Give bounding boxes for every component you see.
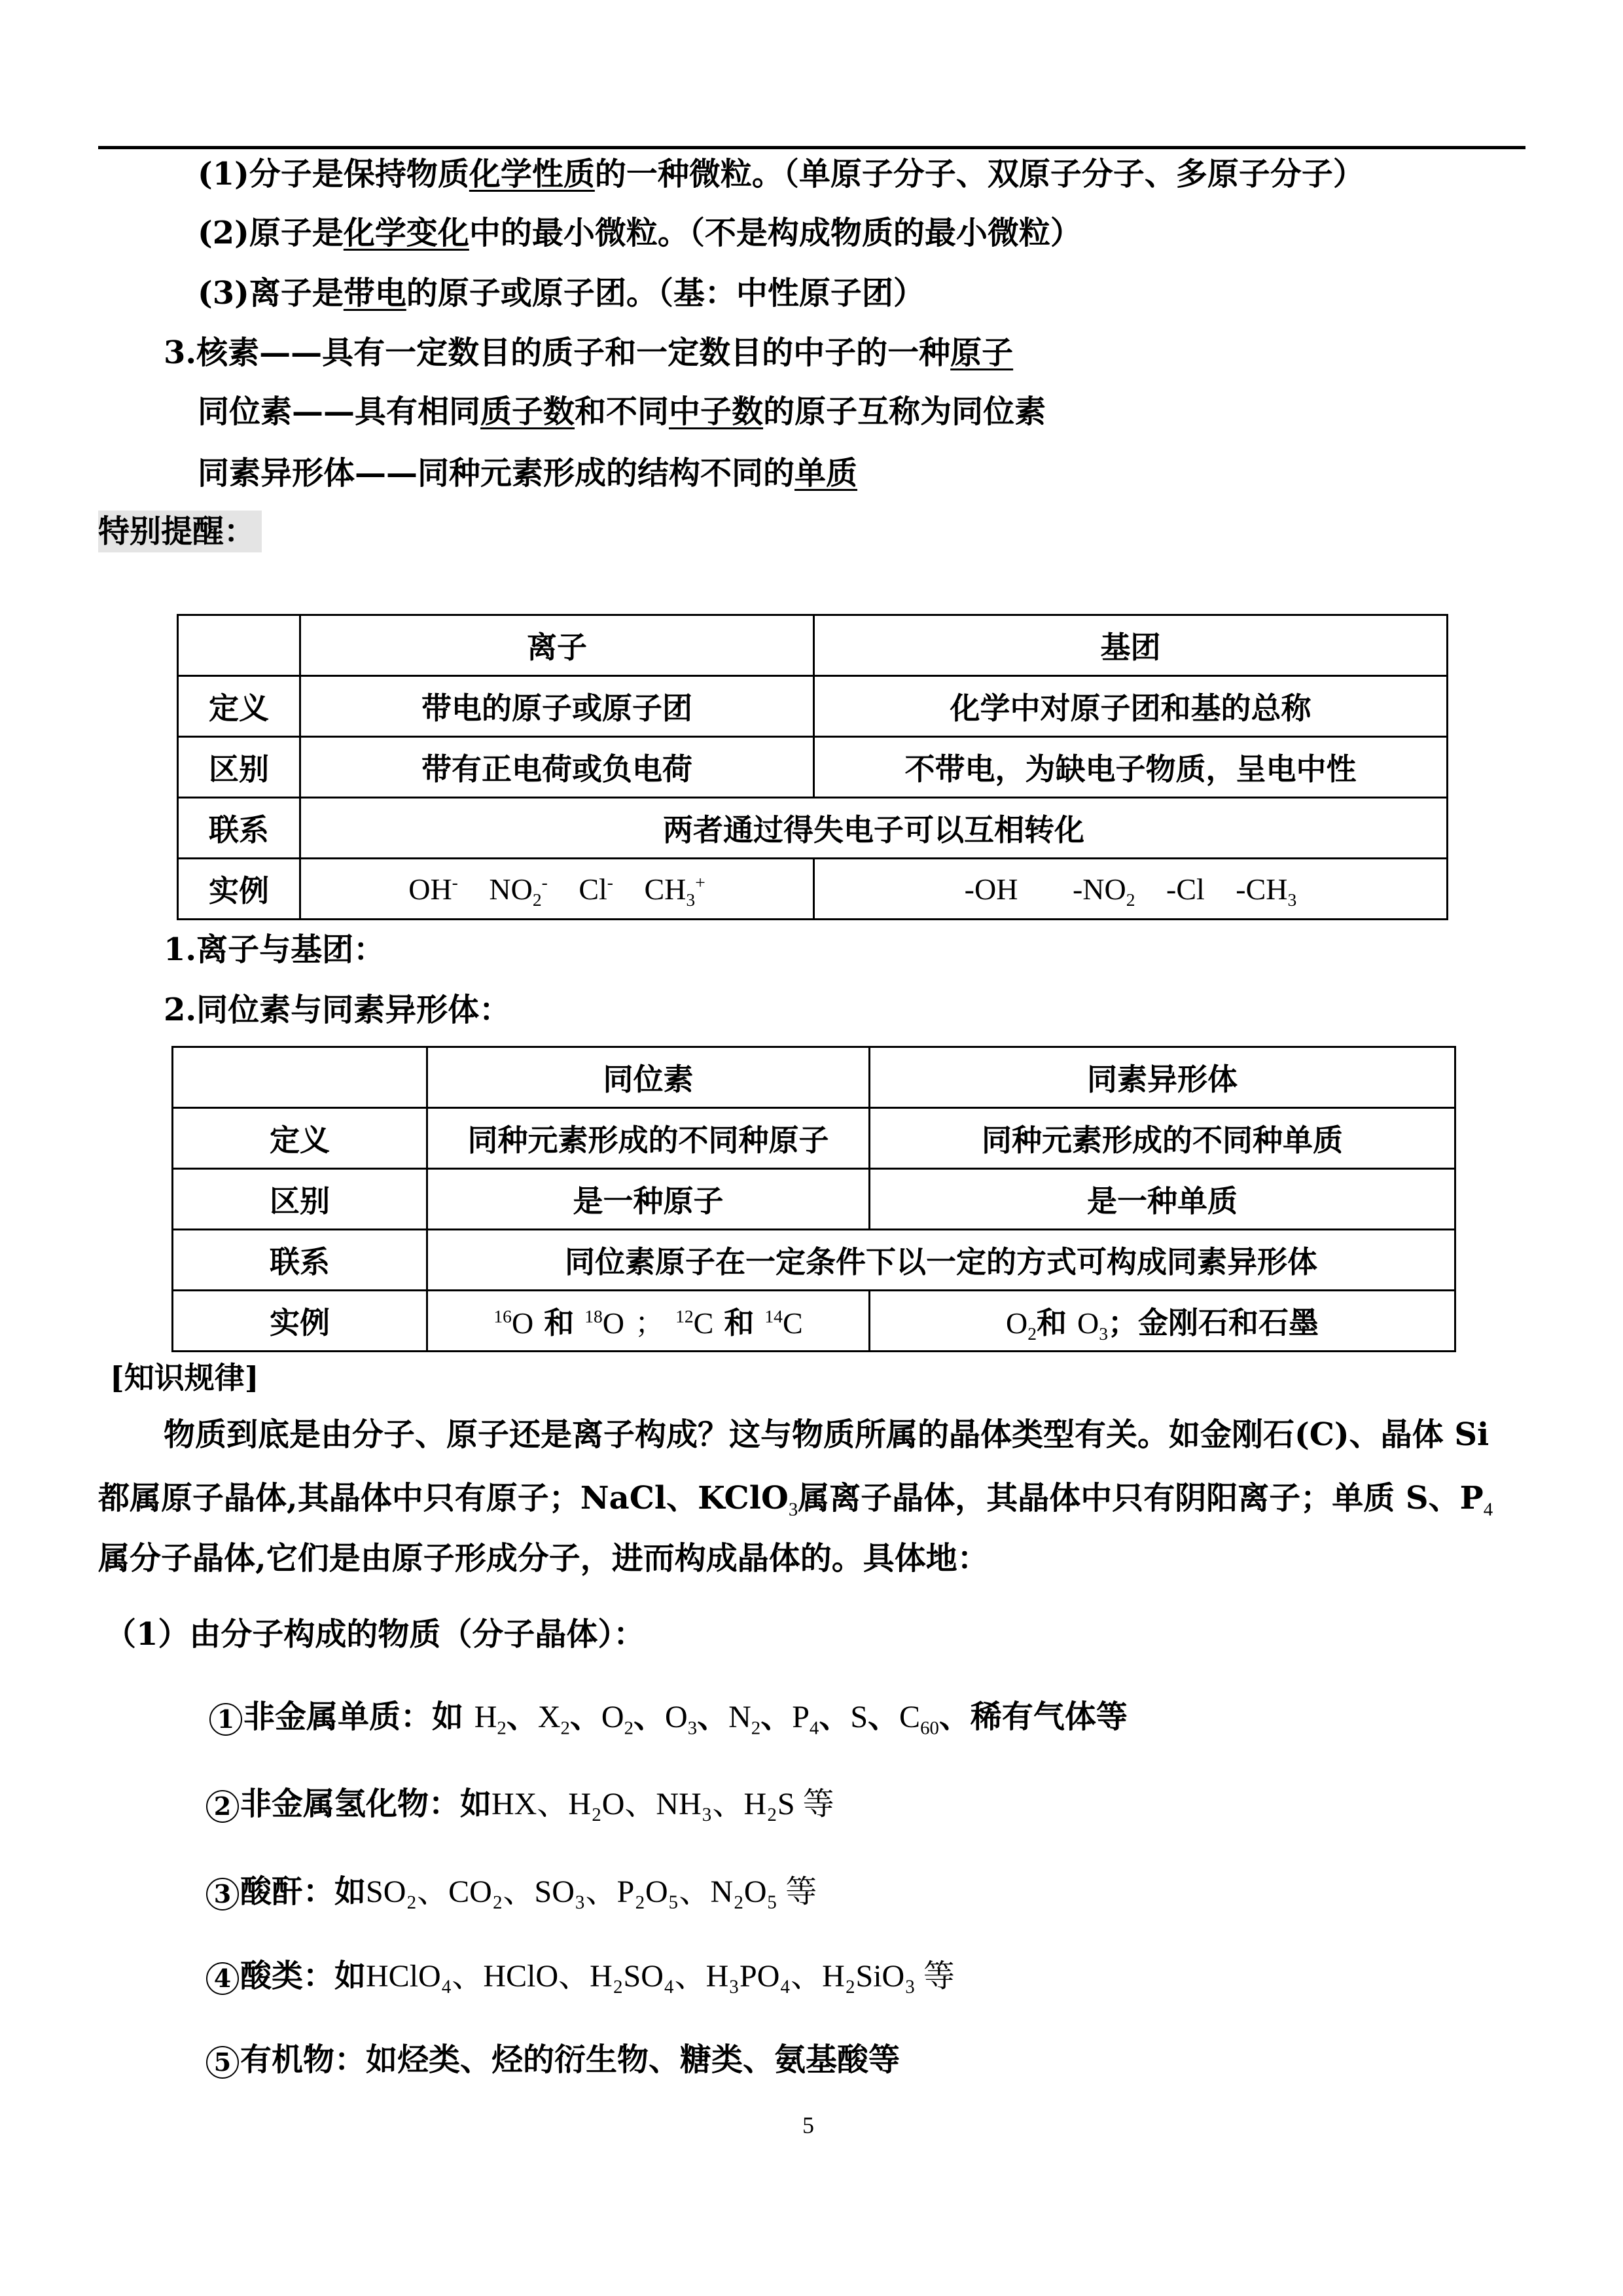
section-title-ion-group: 1.离子与基团：: [164, 930, 385, 969]
text: 稀有气体等: [971, 1698, 1128, 1735]
subscript: 2: [1027, 1323, 1037, 1344]
underlined-term: 化学变化: [344, 215, 469, 251]
text: (2)原子是: [198, 215, 344, 251]
isotope-example-cell: 16O 和 18O ； 12C 和 14C: [427, 1291, 870, 1352]
reminder-heading: 特别提醒：: [98, 512, 262, 551]
cell: 同种元素形成的不同种原子: [427, 1108, 870, 1169]
text: 和: [544, 1305, 574, 1340]
text: ；: [635, 1306, 665, 1340]
row-label: 定义: [178, 676, 300, 737]
list-item: 2非金属氢化物：如HX、H₂O、NH₃、H₂S 等: [206, 1784, 834, 1824]
circled-number: 5: [206, 2046, 239, 2079]
cell: 带电的原子或原子团: [300, 676, 814, 737]
charge: -: [607, 872, 613, 892]
ion-examples-cell: OH- NO2- Cl- CH3+: [300, 859, 814, 920]
table-header-row: 离子 基团: [178, 615, 1448, 676]
concept-allotrope: 同素异形体——同种元素形成的结构不同的单质: [198, 454, 857, 493]
cell: 同种元素形成的不同种单质: [870, 1108, 1455, 1169]
section-title-isotope-allotrope: 2.同位素与同素异形体：: [164, 990, 510, 1030]
list-label: 酸酐：如: [240, 1873, 366, 1910]
concept-nuclide: 3.核素——具有一定数目的质子和一定数目的中子的一种原子: [164, 333, 1013, 372]
circled-number: 1: [209, 1703, 242, 1736]
list-item: 5有机物：如烃类、烃的衍生物、糖类、氨基酸等: [206, 2040, 900, 2079]
subscript: 2: [1126, 889, 1135, 910]
list-label: 非金属氢化物：如: [240, 1785, 491, 1822]
list-label: 非金属单质：如: [243, 1698, 463, 1735]
header-cell-empty: [178, 615, 300, 676]
charge: -: [542, 872, 548, 892]
ion-vs-group-table: 离子 基团 定义 带电的原子或原子团 化学中对原子团和基的总称 区别 带有正电荷…: [177, 614, 1448, 920]
circled-number: 4: [206, 1962, 239, 1995]
formula: -Cl: [1166, 872, 1205, 906]
charge: -: [452, 872, 458, 892]
element: O: [603, 1306, 624, 1340]
underlined-term: 单质: [794, 455, 857, 492]
charge: +: [695, 872, 705, 892]
header-cell-empty: [173, 1047, 427, 1108]
merged-cell: 两者通过得失电子可以互相转化: [300, 798, 1448, 859]
text: 的原子互称为同位素: [763, 393, 1046, 430]
text: 3.核素——具有一定数目的质子和一定数目的中子的一种: [164, 334, 950, 371]
header-cell-allotrope: 同素异形体: [870, 1047, 1455, 1108]
header-rule: [98, 146, 1525, 149]
paragraph-line: 属分子晶体,它们是由原子形成分子，进而构成晶体的。具体地：: [98, 1539, 989, 1578]
row-label: 实例: [173, 1291, 427, 1352]
list-label: 酸类：如: [240, 1958, 366, 1994]
row-label: 区别: [178, 737, 300, 798]
text: (3)离子是: [198, 275, 344, 312]
definition-molecule: (1)分子是保持物质化学性质的一种微粒。（单原子分子、双原子分子、多原子分子）: [198, 154, 1364, 194]
subscript: 3: [686, 889, 695, 910]
subheading: （1）由分子构成的物质（分子晶体）：: [105, 1615, 645, 1654]
list-formulas: HClO₄、HClO、H₂SO₄、H₃PO₄、H₂SiO₃ 等: [366, 1959, 955, 1994]
list-item: 4酸类：如HClO₄、HClO、H₂SO₄、H₃PO₄、H₂SiO₃ 等: [206, 1956, 955, 1996]
formula: Cl: [579, 872, 607, 906]
table-row: 定义 同种元素形成的不同种原子 同种元素形成的不同种单质: [173, 1108, 1455, 1169]
cell: 化学中对原子团和基的总称: [814, 676, 1448, 737]
mass-number: 12: [675, 1306, 694, 1327]
mass-number: 14: [764, 1306, 783, 1327]
isotope-vs-allotrope-table: 同位素 同素异形体 定义 同种元素形成的不同种原子 同种元素形成的不同种单质 区…: [171, 1046, 1456, 1352]
text: 同位素——具有相同: [198, 393, 480, 430]
subscript: 3: [789, 1499, 798, 1520]
text: 和不同: [575, 393, 669, 430]
cell: 不带电，为缺电子物质，呈电中性: [814, 737, 1448, 798]
text: 的原子或原子团。（基：中性原子团）: [406, 275, 925, 312]
cell: 是一种单质: [870, 1169, 1455, 1230]
row-label: 区别: [173, 1169, 427, 1230]
definition-ion: (3)离子是带电的原子或原子团。（基：中性原子团）: [198, 274, 925, 313]
underlined-term: 中子数: [669, 393, 763, 430]
table-row: 定义 带电的原子或原子团 化学中对原子团和基的总称: [178, 676, 1448, 737]
circled-number: 2: [206, 1790, 239, 1823]
page-number: 5: [802, 2111, 814, 2139]
text: 中的最小微粒。（不是构成物质的最小微粒）: [469, 215, 1082, 251]
row-label: 实例: [178, 859, 300, 920]
formula: -OH: [965, 872, 1018, 906]
list-label: 有机物：如烃类、烃的衍生物、糖类、氨基酸等: [240, 2041, 900, 2078]
table-row: 联系 两者通过得失电子可以互相转化: [178, 798, 1448, 859]
list-item: 1非金属单质：如 H2、X2、O2、O3、N2、P4、S、C60、稀有气体等: [209, 1697, 1128, 1737]
formula: CH: [645, 872, 687, 906]
paragraph-line: 都属原子晶体,其晶体中只有原子；NaCl、KClO3属离子晶体，其晶体中只有阴阳…: [98, 1479, 1493, 1518]
formula: OH: [408, 872, 452, 906]
table-row: 实例 OH- NO2- Cl- CH3+ -OH -NO2 -Cl -CH3: [178, 859, 1448, 920]
row-label: 定义: [173, 1108, 427, 1169]
underlined-term: 化学性质: [469, 156, 595, 192]
text: 的一种微粒。（单原子分子、双原子分子、多原子分子）: [595, 156, 1364, 192]
cell: 是一种原子: [427, 1169, 870, 1230]
formula: O: [1077, 1306, 1099, 1340]
formula: O: [1006, 1306, 1027, 1340]
text: 和: [1037, 1305, 1067, 1340]
text: 和: [724, 1305, 754, 1340]
table-row: 实例 16O 和 18O ； 12C 和 14C O2和 O3；金刚石和石墨: [173, 1291, 1455, 1352]
list-formulas: SO₂、CO₂、SO₃、P₂O₅、N₂O₅ 等: [366, 1874, 817, 1909]
table-row: 区别 带有正电荷或负电荷 不带电，为缺电子物质，呈电中性: [178, 737, 1448, 798]
cell: 带有正电荷或负电荷: [300, 737, 814, 798]
text: 同素异形体——同种元素形成的结构不同的: [198, 455, 794, 492]
element: C: [783, 1306, 803, 1340]
subscript: 3: [1288, 889, 1297, 910]
subscript: 4: [1484, 1499, 1493, 1520]
list-formulas: HX、H₂O、NH₃、H₂S 等: [491, 1787, 834, 1821]
underlined-term: 质子数: [480, 393, 575, 430]
group-examples-cell: -OH -NO2 -Cl -CH3: [814, 859, 1448, 920]
formula: -CH: [1236, 872, 1287, 906]
text: (1)分子是保持物质: [198, 156, 469, 192]
subscript: 3: [1099, 1323, 1108, 1344]
header-cell-isotope: 同位素: [427, 1047, 870, 1108]
paragraph-line: 物质到底是由分子、原子还是离子构成？这与物质所属的晶体类型有关。如金刚石(C)、…: [164, 1415, 1489, 1454]
circled-number: 3: [206, 1878, 239, 1910]
table-row: 联系 同位素原子在一定条件下以一定的方式可构成同素异形体: [173, 1230, 1455, 1291]
formula: NO: [489, 872, 532, 906]
text: 都属原子晶体,其晶体中只有原子；NaCl、KClO: [98, 1480, 789, 1516]
list-item: 3酸酐：如SO₂、CO₂、SO₃、P₂O₅、N₂O₅ 等: [206, 1872, 817, 1912]
underlined-term: 原子: [950, 334, 1013, 371]
header-cell-ion: 离子: [300, 615, 814, 676]
element: C: [694, 1306, 714, 1340]
text: ；金刚石和石墨: [1108, 1305, 1319, 1340]
subscript: 2: [533, 889, 542, 910]
mass-number: 18: [584, 1306, 603, 1327]
concept-isotope: 同位素——具有相同质子数和不同中子数的原子互称为同位素: [198, 392, 1046, 431]
merged-cell: 同位素原子在一定条件下以一定的方式可构成同素异形体: [427, 1230, 1455, 1291]
allotrope-example-cell: O2和 O3；金刚石和石墨: [870, 1291, 1455, 1352]
table-row: 区别 是一种原子 是一种单质: [173, 1169, 1455, 1230]
underlined-term: 带电: [344, 275, 406, 312]
mass-number: 16: [493, 1306, 512, 1327]
formula: -NO: [1073, 872, 1126, 906]
highlighted-label: 特别提醒：: [98, 511, 262, 552]
row-label: 联系: [173, 1230, 427, 1291]
definition-atom: (2)原子是化学变化中的最小微粒。（不是构成物质的最小微粒）: [198, 213, 1082, 253]
header-cell-group: 基团: [814, 615, 1448, 676]
row-label: 联系: [178, 798, 300, 859]
element: O: [512, 1306, 533, 1340]
table-header-row: 同位素 同素异形体: [173, 1047, 1455, 1108]
knowledge-title: [知识规律]: [110, 1358, 259, 1397]
text: 属离子晶体，其晶体中只有阴阳离子；单质 S、P: [798, 1480, 1483, 1516]
